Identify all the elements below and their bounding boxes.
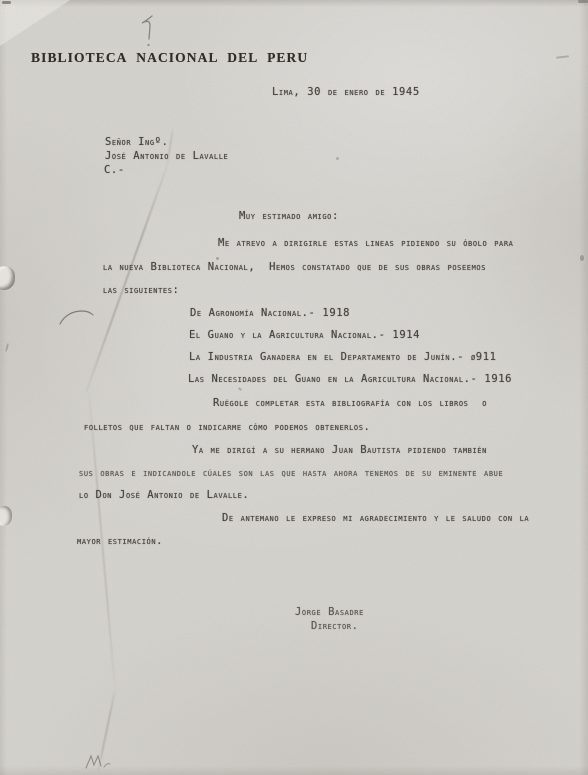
body-line: De antemano le expreso mi agradecimiento…: [222, 512, 529, 525]
letterhead-title: BIBLIOTECA NACIONAL DEL PERU: [31, 50, 308, 66]
paper-hole: [0, 506, 12, 526]
recipient-city: C.-: [104, 164, 125, 177]
body-line: sus obras e indicandole cúales son las q…: [79, 467, 503, 480]
body-line-book-entry: La Industria Ganadera en el Departamento…: [189, 351, 497, 364]
body-line: mayor estimación.: [77, 535, 163, 548]
pencil-mark-left: [58, 305, 96, 329]
paper-speck: [238, 387, 242, 391]
signature-name: Jorge Basadre: [295, 606, 364, 619]
body-line-book-entry: Las Necesidades del Guano en la Agricult…: [188, 373, 512, 386]
edge-speck: [578, 0, 588, 3]
body-line: lo Don José Antonio de Lavalle.: [79, 489, 249, 502]
edge-speck: [2, 1, 11, 4]
paper-speck: [580, 255, 584, 261]
body-line: Ruégole completar esta bibliografía con …: [213, 397, 487, 410]
body-line: Ya me dirigí a su hermano Juan Bautista …: [192, 444, 487, 457]
date-line: Lima, 30 de enero de 1945: [272, 86, 420, 99]
body-line: Me atrevo a dirigirle estas lineas pidie…: [218, 237, 514, 250]
paper-hole: [0, 266, 15, 290]
signature-title: Director.: [311, 620, 359, 633]
recipient-title: Señor Ingº.: [105, 136, 169, 149]
salutation: Muy estimado amigo:: [239, 210, 339, 223]
body-line: las siguientes:: [103, 284, 179, 297]
paper-speck: [216, 257, 219, 260]
paper-speck: [336, 157, 339, 160]
pencil-annotation-bottom: [84, 750, 118, 772]
body-line: la nueva Biblioteca Nacional, Hemos cons…: [103, 261, 486, 274]
edge-dash: [556, 55, 569, 58]
corner-tear-highlight: [0, 0, 70, 46]
body-line-book-entry: De Agronomía Nacional.- 1918: [190, 307, 350, 320]
scanned-letter-page: BIBLIOTECA NACIONAL DEL PERU Lima, 30 de…: [0, 0, 588, 775]
edge-tick: [5, 343, 9, 352]
body-line-book-entry: El Guano y la Agricultura Nacional.- 191…: [189, 329, 420, 342]
body-line: folletos que faltan o indicarme cómo pod…: [84, 421, 370, 434]
recipient-name: José Antonio de Lavalle: [105, 150, 228, 163]
crease-line: [85, 166, 167, 392]
